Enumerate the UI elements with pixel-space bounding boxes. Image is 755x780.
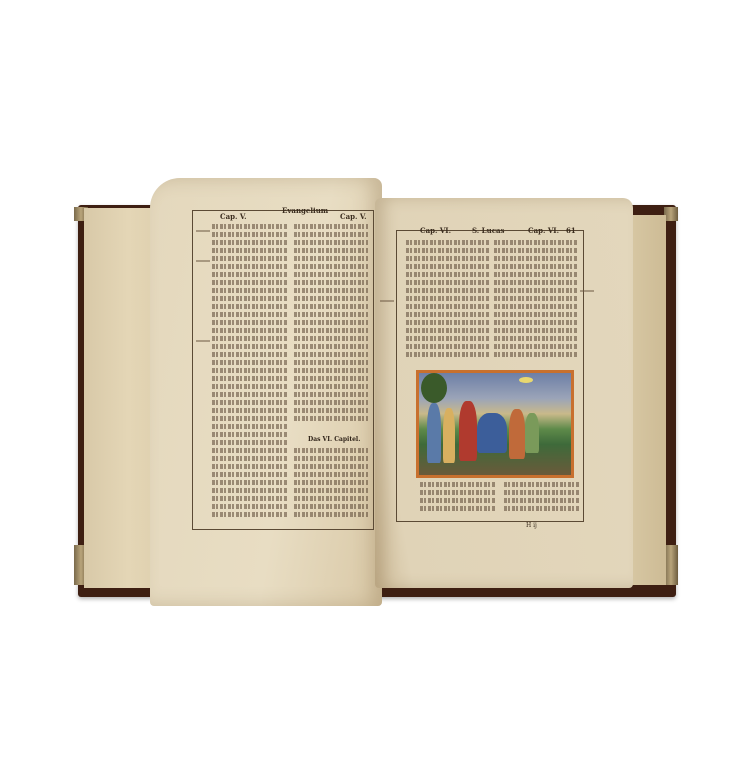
right-margin-note xyxy=(380,300,394,302)
left-margin-note xyxy=(196,230,210,232)
brass-corner-top-right xyxy=(664,207,678,221)
left-chapter-heading: Das VI. Capitel. xyxy=(308,436,360,443)
left-column-2 xyxy=(294,224,368,429)
right-header-center: S. Lucas xyxy=(472,226,504,235)
right-header-right: Cap. VI. xyxy=(528,226,559,235)
brass-corner-bottom-right xyxy=(664,545,678,585)
right-column-2-lower xyxy=(504,482,580,514)
right-margin-note xyxy=(580,290,594,292)
left-header-right: Cap. V. xyxy=(340,212,367,221)
right-signature-mark: H ij xyxy=(526,522,537,529)
left-column-2-lower xyxy=(294,448,368,524)
left-column-1 xyxy=(212,224,288,524)
right-column-1-lower xyxy=(420,482,496,514)
left-header-left: Cap. V. xyxy=(220,212,247,221)
left-margin-note xyxy=(196,260,210,262)
right-column-2 xyxy=(494,240,578,365)
engraving-illustration xyxy=(416,370,574,478)
right-header-left: Cap. VI. xyxy=(420,226,451,235)
left-header-center: Evangelium xyxy=(282,206,328,215)
page-stack-right xyxy=(630,215,666,585)
right-page-number: 61 xyxy=(566,226,576,235)
right-column-1 xyxy=(406,240,490,365)
left-margin-note xyxy=(196,340,210,342)
